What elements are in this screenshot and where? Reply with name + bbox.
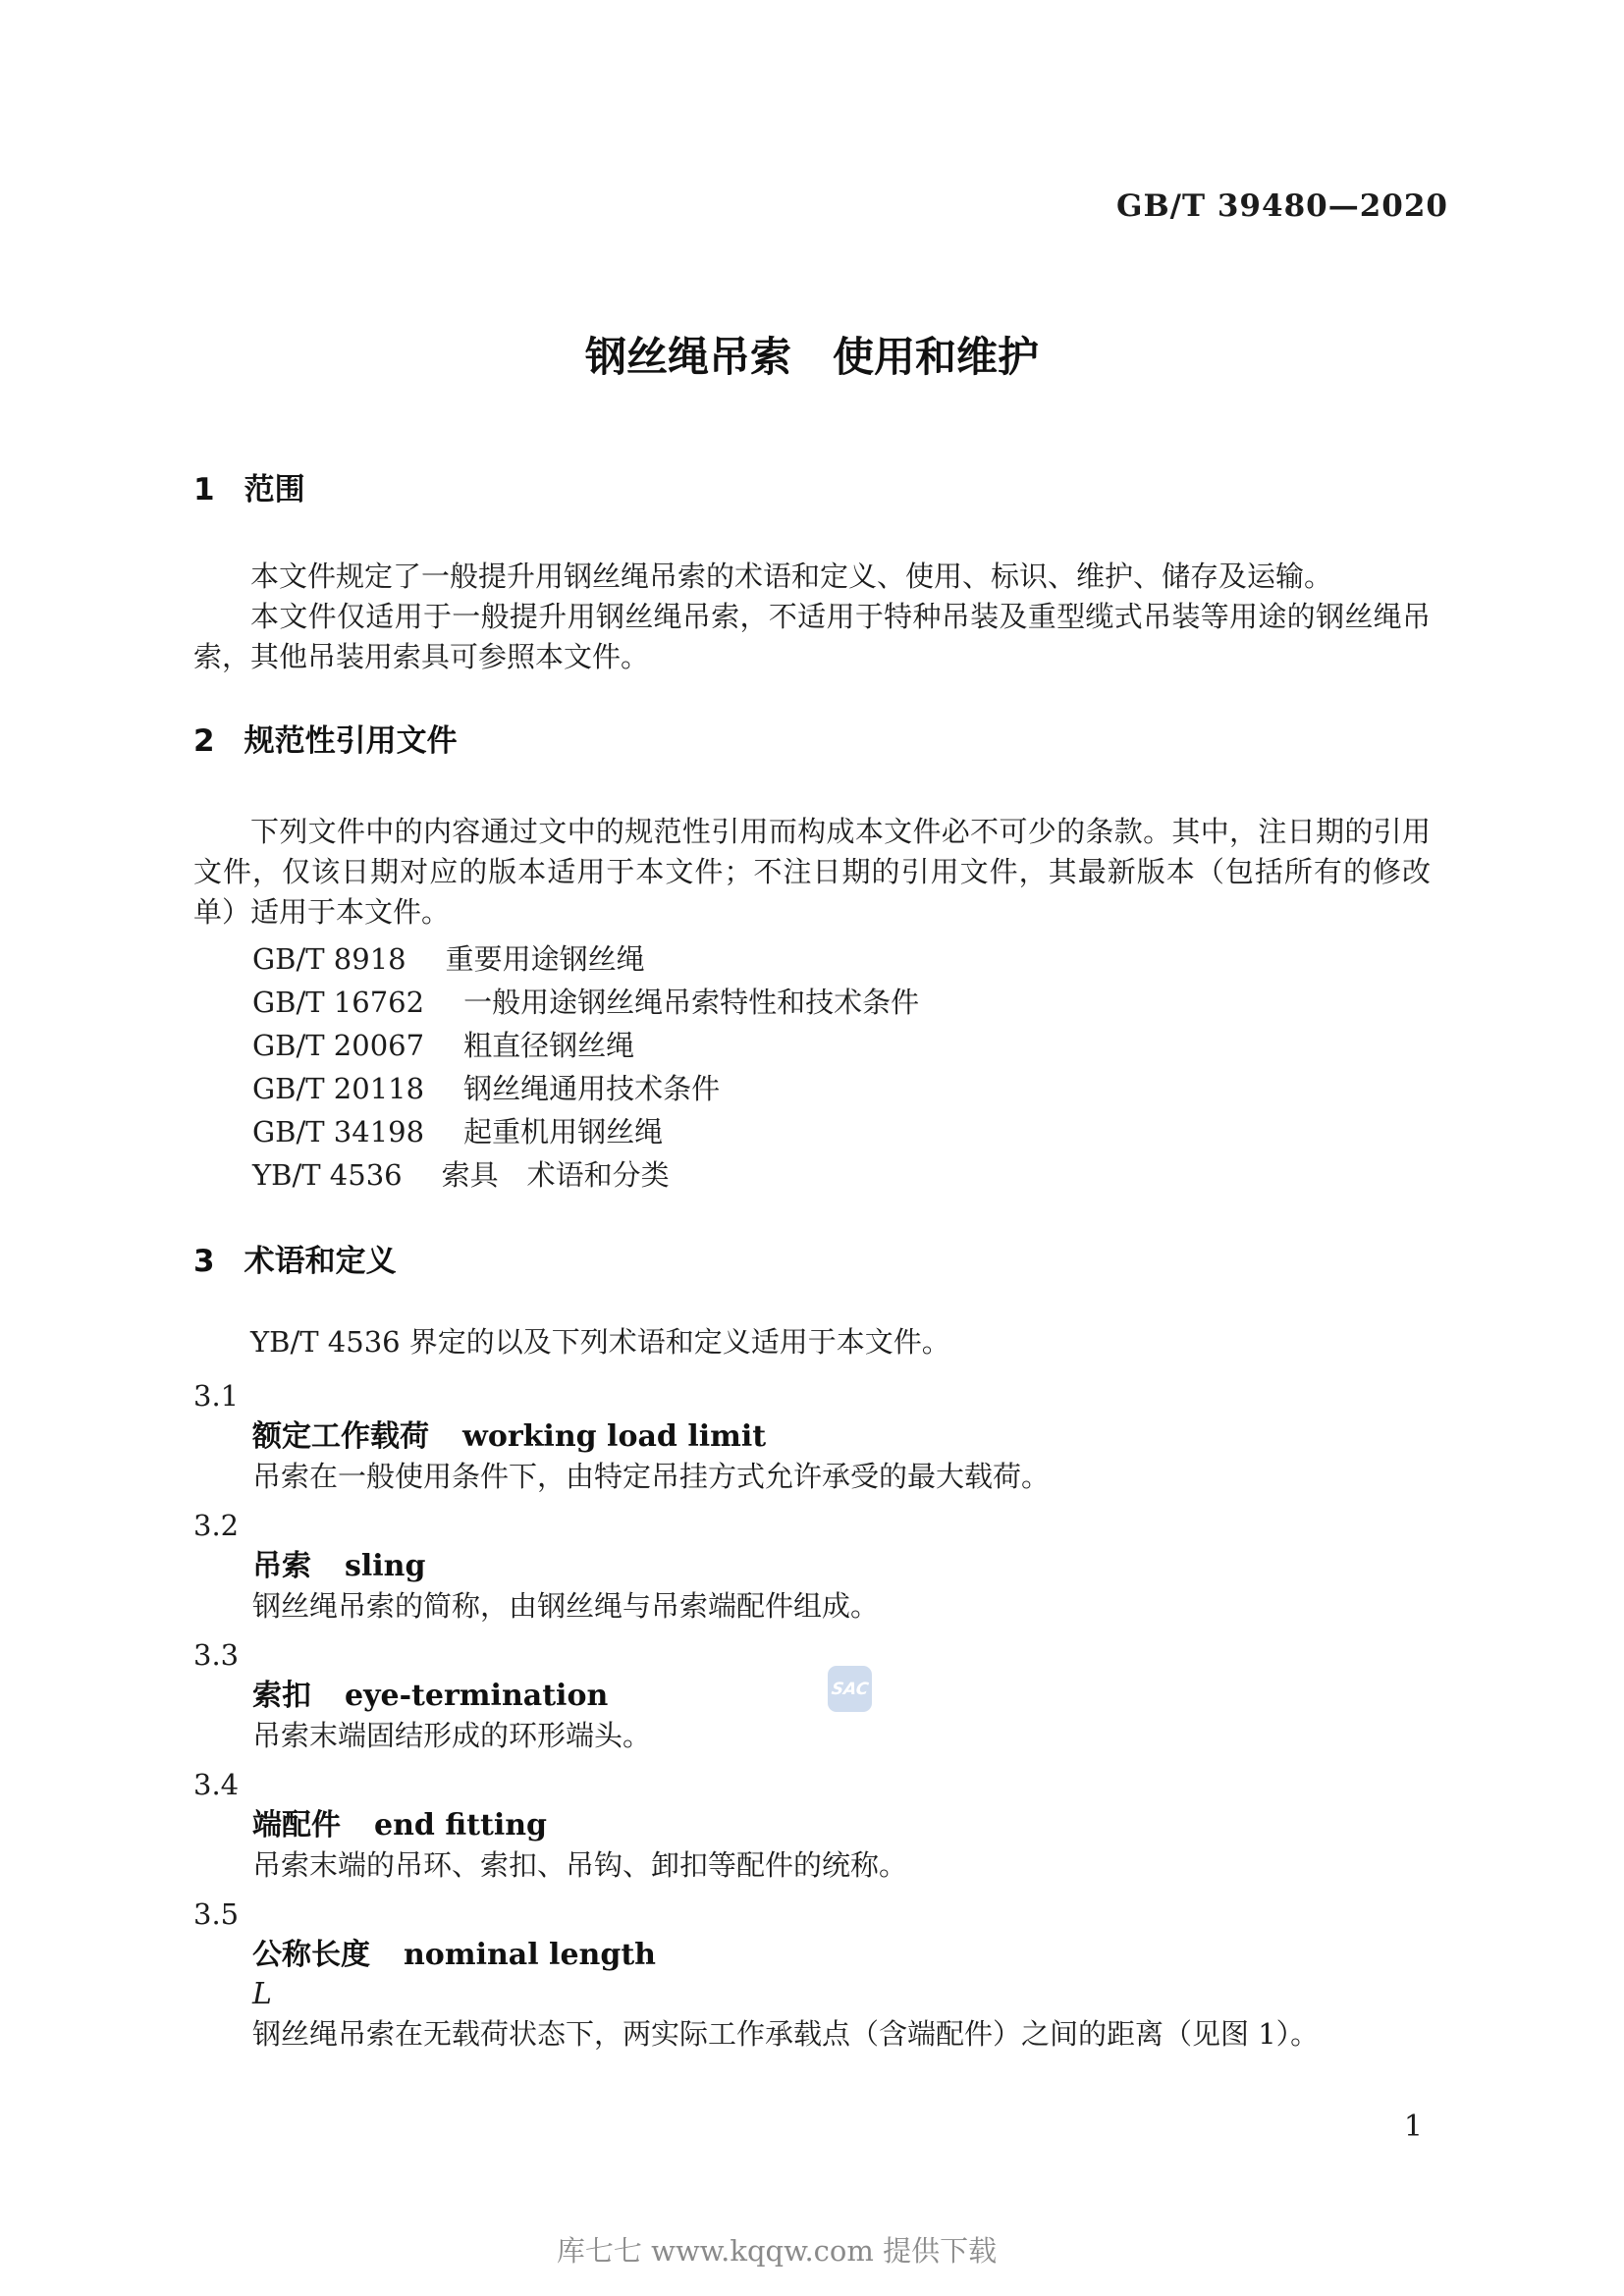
term-title: 额定工作载荷working load limit [252,1417,1431,1457]
paragraph: 下列文件中的内容通过文中的规范性引用而构成本文件必不可少的条款。其中，注日期的引… [193,812,1431,933]
term-3-4: 3.4 端配件end fitting 吊索末端的吊环、索扣、吊钩、卸扣等配件的统… [193,1763,1431,1885]
section2-number: 2 [193,723,215,759]
section2-intro: 下列文件中的内容通过文中的规范性引用而构成本文件必不可少的条款。其中，注日期的引… [193,812,1431,933]
reference-title: 一般用途钢丝绳吊索特性和技术条件 [463,986,919,1019]
term-3-5: 3.5 公称长度nominal length L 钢丝绳吊索在无载荷状态下，两实… [193,1893,1431,2054]
term-en: eye-termination [345,1679,608,1713]
document-page: GB/T 39480—2020 钢丝绳吊索 使用和维护 1范围 本文件规定了一般… [0,0,1624,2296]
reference-list: GB/T 8918重要用途钢丝绳 GB/T 16762一般用途钢丝绳吊索特性和技… [193,937,1431,1197]
standard-code: GB/T 39480—2020 [1116,188,1448,224]
term-number: 3.5 [193,1893,1431,1936]
reference-title: 起重机用钢丝绳 [463,1115,663,1148]
reference-title: 重要用途钢丝绳 [446,942,645,976]
term-definition: 吊索末端固结形成的环形端头。 [252,1716,1431,1755]
term-zh: 索扣 [252,1679,311,1713]
reference-title: 钢丝绳通用技术条件 [463,1072,720,1105]
term-en: nominal length [404,1938,656,1972]
document-title: 钢丝绳吊索 使用和维护 [0,332,1624,383]
paragraph: YB/T 4536 界定的以及下列术语和定义适用于本文件。 [193,1322,1431,1362]
section1-heading-text: 范围 [244,472,305,507]
reference-code: YB/T 4536 [252,1153,403,1197]
reference-code: GB/T 8918 [252,937,406,981]
reference-title: 粗直径钢丝绳 [463,1029,634,1062]
download-watermark: 库七七 www.kqqw.com 提供下载 [557,2234,997,2268]
reference-item: GB/T 20067粗直径钢丝绳 [193,1024,1431,1067]
term-definition: 吊索在一般使用条件下，由特定吊挂方式允许承受的最大载荷。 [252,1457,1431,1496]
section1-body: 本文件规定了一般提升用钢丝绳吊索的术语和定义、使用、标识、维护、储存及运输。 本… [193,557,1431,677]
reference-title: 索具 术语和分类 [442,1158,670,1192]
reference-code: GB/T 20118 [252,1067,424,1110]
reference-item: GB/T 20118钢丝绳通用技术条件 [193,1067,1431,1110]
term-en: working load limit [462,1419,766,1454]
term-title: 公称长度nominal length [252,1936,1431,1975]
term-definition: 钢丝绳吊索的简称，由钢丝绳与吊索端配件组成。 [252,1586,1431,1626]
term-number: 3.3 [193,1633,1431,1677]
term-zh: 吊索 [252,1549,311,1583]
sac-logo-text: SAC [830,1680,869,1699]
term-zh: 额定工作载荷 [252,1419,429,1454]
section2-heading-text: 规范性引用文件 [244,723,458,759]
page-number: 1 [1404,2110,1423,2144]
section3-intro: YB/T 4536 界定的以及下列术语和定义适用于本文件。 [193,1322,1431,1362]
term-number: 3.1 [193,1374,1431,1417]
term-number: 3.2 [193,1504,1431,1547]
paragraph: 本文件规定了一般提升用钢丝绳吊索的术语和定义、使用、标识、维护、储存及运输。 [193,557,1431,597]
paragraph: 本文件仅适用于一般提升用钢丝绳吊索，不适用于特种吊装及重型缆式吊装等用途的钢丝绳… [193,597,1431,677]
term-symbol: L [252,1975,1431,2014]
term-definition: 吊索末端的吊环、索扣、吊钩、卸扣等配件的统称。 [252,1845,1431,1885]
sac-logo-watermark: SAC [828,1666,872,1712]
section1-heading: 1范围 [193,472,1431,507]
section2-heading: 2规范性引用文件 [193,723,1431,759]
reference-code: GB/T 34198 [252,1110,424,1153]
term-3-1: 3.1 额定工作载荷working load limit 吊索在一般使用条件下，… [193,1374,1431,1496]
term-definition: 钢丝绳吊索在无载荷状态下，两实际工作承载点（含端配件）之间的距离（见图 1）。 [252,2014,1431,2054]
section3-heading: 3术语和定义 [193,1244,1431,1279]
term-3-3: 3.3 索扣eye-termination 吊索末端固结形成的环形端头。 [193,1633,1431,1755]
reference-code: GB/T 20067 [252,1024,424,1067]
term-zh: 端配件 [252,1808,341,1842]
section3-heading-text: 术语和定义 [244,1244,397,1279]
reference-item: GB/T 34198起重机用钢丝绳 [193,1110,1431,1153]
term-en: end fitting [374,1808,547,1842]
reference-item: GB/T 8918重要用途钢丝绳 [193,937,1431,981]
term-3-2: 3.2 吊索sling 钢丝绳吊索的简称，由钢丝绳与吊索端配件组成。 [193,1504,1431,1626]
term-title: 端配件end fitting [252,1806,1431,1845]
term-zh: 公称长度 [252,1938,370,1972]
reference-item: YB/T 4536索具 术语和分类 [193,1153,1431,1197]
reference-item: GB/T 16762一般用途钢丝绳吊索特性和技术条件 [193,981,1431,1024]
term-title: 吊索sling [252,1547,1431,1586]
reference-code: GB/T 16762 [252,981,424,1024]
section1-number: 1 [193,472,215,507]
term-number: 3.4 [193,1763,1431,1806]
section3-number: 3 [193,1244,215,1279]
term-en: sling [345,1549,425,1583]
